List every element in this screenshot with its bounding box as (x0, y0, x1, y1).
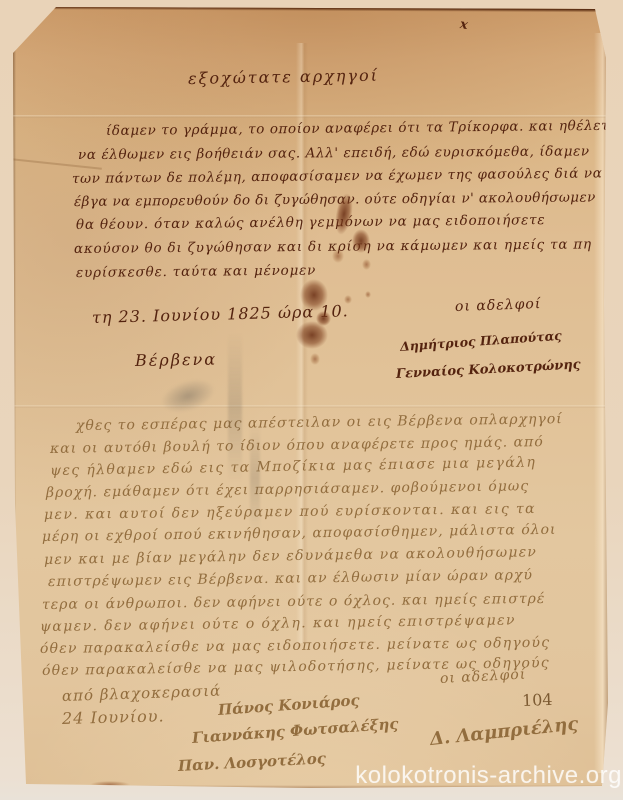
letter1-line: ευρίσκεσθε. ταύτα και μένομεν (76, 262, 316, 281)
letter2-signature: Πάνος Κονιάρος (217, 691, 360, 719)
letter2-closing: οι αδελφοί (440, 666, 527, 686)
paper-right-edge (594, 33, 610, 773)
letter1-line: να έλθωμεν εις βοήθειάν σας. Αλλ' επειδή… (78, 143, 590, 163)
letter2-line: όθεν παρακαλείσθε να μας ειδοποιήσετε. μ… (40, 635, 550, 657)
paper-top-edge (52, 4, 600, 13)
ink-stain (296, 321, 328, 349)
archive-number: 104 (522, 690, 553, 710)
horizontal-crease (10, 405, 612, 408)
letter1-line: ίδαμεν το γράμμα, το οποίον αναφέρει ότι… (106, 118, 617, 139)
letter1-place: Βέρβενα (135, 350, 217, 370)
manuscript-paper: x εξοχώτατε αρχηγοί ίδαμεν το γράμμα, το… (10, 3, 612, 791)
letter2-signature: Δ. Λαμπριέλης (429, 713, 579, 749)
letter2-signature: Παν. Λοσγοτέλος (178, 749, 327, 775)
faint-streak (228, 333, 242, 483)
letter1-line: θα θέουν. όταν καλώς ανέλθη γεμμόνων να … (76, 212, 546, 233)
letter1-line: των πάντων δε πολέμη, αποφασίσαμεν να έχ… (72, 165, 603, 187)
ink-stain (362, 259, 371, 270)
letter1-heading: εξοχώτατε αρχηγοί (188, 66, 379, 88)
letter2-line: ψαμεν. δεν αφήνει ούτε ο όχλη. και ημείς… (40, 612, 516, 635)
letter1-signature: Δημήτριος Πλαπούτας (399, 328, 562, 354)
letter2-date: 24 Ιουνίου. (62, 706, 165, 728)
corner-x-mark: x (459, 17, 469, 33)
letter2-line: χθες το εσπέρας μας απέστειλαν οι εις Βέ… (76, 411, 563, 434)
letter2-place: από βλαχοκερασιά (62, 681, 222, 705)
letter2-line: ψες ήλθαμεν εδώ εις τα Μποζίκια μας έπια… (50, 455, 536, 479)
letter1-line: έβγα να εμπορευθούν δο δι ζυγώθησαν. ούτ… (74, 189, 596, 210)
gray-smudge (157, 373, 220, 419)
letter2-line: τερα οι άνθρωποι. δεν αφήνει ούτε ο όχλο… (42, 591, 546, 613)
ink-stain (300, 279, 328, 311)
letter2-line: επιστρέψωμεν εις Βέρβενα. και αν έλθωσιν… (48, 567, 533, 590)
archive-watermark: kolokotronis-archive.org (355, 762, 622, 790)
edge-stain (90, 781, 130, 788)
letter2-signature: Γιαννάκης Φωτσαλέξης (191, 715, 399, 747)
letter2-line: μεν. και αυτοί δεν ηξεύραμεν πού ευρίσκο… (44, 501, 536, 523)
ink-stain (344, 295, 352, 304)
ink-stain (310, 353, 320, 365)
horizontal-crease (10, 115, 612, 118)
letter1-signature: Γενναίος Κολοκοτρώνης (396, 357, 581, 382)
ink-stain (352, 229, 370, 253)
letter2-line: βροχή. εμάθαμεν ότι έχει παρρησιάσαμεν. … (46, 478, 529, 501)
letter1-closing: οι αδελφοί (455, 296, 542, 315)
ink-stain (332, 249, 344, 263)
faint-streak (250, 423, 260, 533)
letter2-line: μεν και με βίαν μεγάλην δεν εδυνάμεθα να… (44, 544, 537, 568)
ink-stain (365, 291, 371, 298)
manuscript-photo: x εξοχώτατε αρχηγοί ίδαμεν το γράμμα, το… (0, 0, 623, 800)
